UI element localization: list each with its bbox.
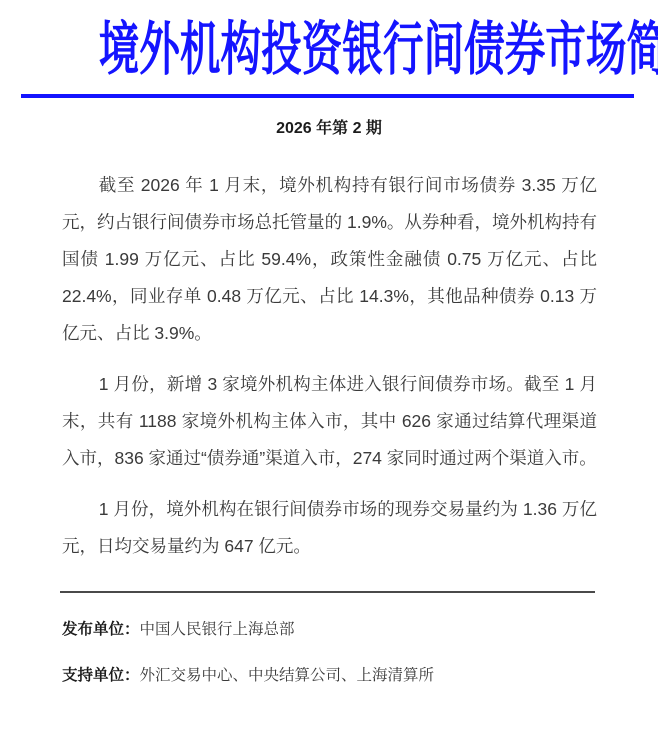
publisher-line: 发布单位：中国人民银行上海总部 xyxy=(62,620,596,640)
paragraph-market-entry: 1 月份，新增 3 家境外机构主体进入银行间债券市场。截至 1 月末，共有 11… xyxy=(62,366,597,477)
publisher-label: 发布单位： xyxy=(62,621,140,638)
publisher-value: 中国人民银行上海总部 xyxy=(140,621,295,638)
supporter-line: 支持单位：外汇交易中心、中央结算公司、上海清算所 xyxy=(62,666,596,686)
report-footer: 发布单位：中国人民银行上海总部 支持单位：外汇交易中心、中央结算公司、上海清算所 xyxy=(62,620,596,686)
title-underline-rule xyxy=(21,94,634,98)
paragraph-bond-holdings: 截至 2026 年 1 月末，境外机构持有银行间市场债券 3.35 万亿元，约占… xyxy=(62,167,597,352)
report-page: 境外机构投资银行间债券市场简报 2026 年第 2 期 截至 2026 年 1 … xyxy=(0,0,658,738)
report-body: 截至 2026 年 1 月末，境外机构持有银行间市场债券 3.35 万亿元，约占… xyxy=(62,167,597,565)
report-title: 境外机构投资银行间债券市场简报 xyxy=(99,0,560,85)
supporter-value: 外汇交易中心、中央结算公司、上海清算所 xyxy=(140,667,435,684)
issue-number: 2026 年第 2 期 xyxy=(0,115,658,138)
paragraph-trading-volume: 1 月份，境外机构在银行间债券市场的现券交易量约为 1.36 万亿元，日均交易量… xyxy=(62,491,597,565)
footer-divider xyxy=(60,591,595,593)
supporter-label: 支持单位： xyxy=(62,667,140,684)
